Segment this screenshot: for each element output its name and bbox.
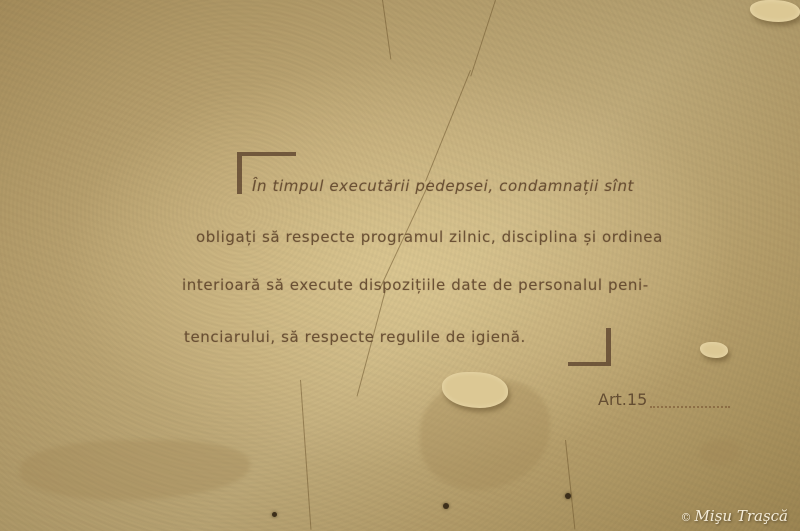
inscription-line-3: interioară să execute dispozițiile date … [182,276,649,294]
copyright-icon: © [681,511,692,524]
inscription: În timpul executării pedepsei, condamnaț… [0,0,800,531]
inscription-line-4: tenciarului, să respecte regulile de igi… [184,328,526,346]
wall-photograph: În timpul executării pedepsei, condamnaț… [0,0,800,531]
inscription-line-1: În timpul executării pedepsei, condamnaț… [252,177,634,195]
photographer-name: Mişu Traşcă [695,507,788,525]
bracket-bottom-right [568,328,611,366]
illegible-scribble [650,398,730,408]
inscription-line-2: obligați să respecte programul zilnic, d… [196,228,663,246]
article-number: Art.15 [598,390,647,409]
photographer-watermark: ©Mişu Traşcă [681,507,788,525]
